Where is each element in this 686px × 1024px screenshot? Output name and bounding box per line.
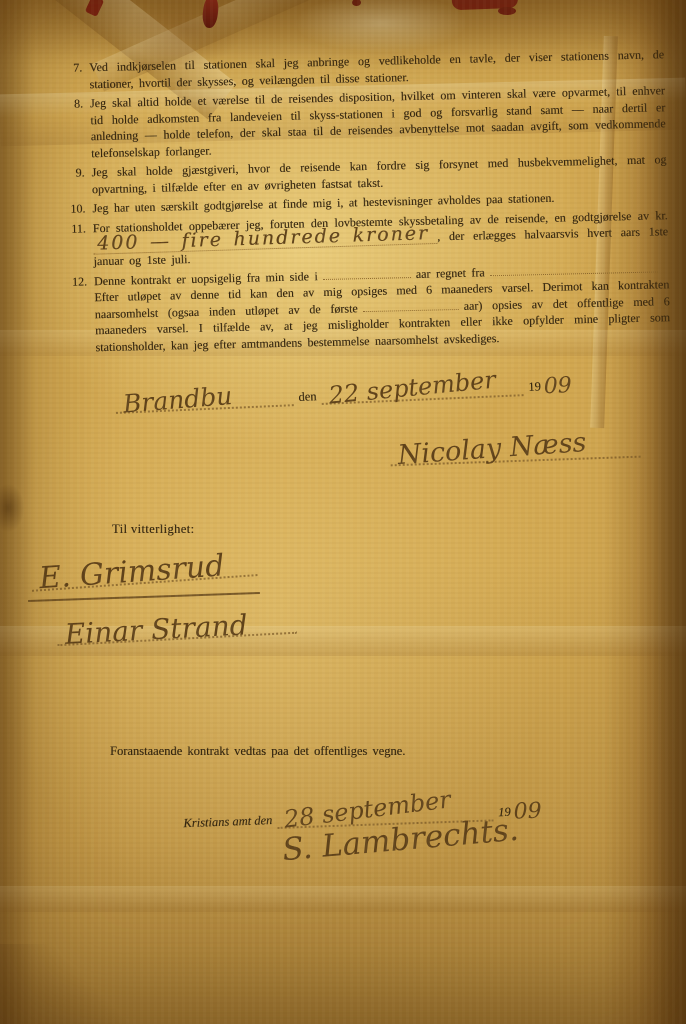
- clause-text-segment: aar regnet fra: [416, 265, 485, 281]
- wax-seal-mark: [85, 0, 104, 17]
- clause-12-paragraph: Efter utløpet av denne tid kan den av mi…: [94, 276, 670, 355]
- approval-statement: Foranstaaende kontrakt vedtas paa det of…: [110, 744, 550, 759]
- den-label: den: [293, 389, 322, 406]
- clause-number: 10.: [61, 200, 85, 217]
- handwritten-amount: 400 — fire hundrede kroner: [93, 227, 437, 255]
- clause-text: Denne kontrakt er uopsigelig fra min sid…: [94, 260, 671, 356]
- signature-date-row: Brandbu den 22 september 19 09: [115, 356, 664, 414]
- handwritten-year: 09: [543, 373, 572, 399]
- stationholder-signature-line: Nicolay Næss: [389, 420, 640, 467]
- contract-document-photo: 7. Ved indkjørselen til stationen skal j…: [0, 0, 686, 1024]
- clause-number: 8.: [59, 95, 84, 162]
- contract-clause-12: 12. Denne kontrakt er uopsigelig fra min…: [63, 260, 671, 356]
- clause-number: 7.: [58, 59, 83, 93]
- clause-text: Jeg skal altid holde et værelse til de r…: [90, 82, 666, 161]
- date-signature-line: 22 september: [320, 362, 523, 405]
- contract-clause-8: 8. Jeg skal altid holde et værelse til d…: [59, 82, 666, 162]
- wax-seal-mark: [498, 7, 516, 15]
- wax-seal-mark: [352, 0, 361, 6]
- clause-number: 9.: [60, 164, 85, 198]
- fill-in-blank: [323, 266, 411, 280]
- clause-number: 12.: [63, 273, 89, 356]
- wax-seal-mark: [201, 0, 219, 29]
- handwritten-place: Brandbu: [122, 381, 233, 418]
- stationholder-signature: Nicolay Næss: [397, 427, 588, 471]
- witness-signature-line: E. Grimsrud: [28, 524, 257, 592]
- contract-clause-list: 7. Ved indkjørselen til stationen skal j…: [58, 46, 671, 359]
- handwritten-date: 22 september: [327, 366, 497, 410]
- wax-seal-mark: [452, 0, 518, 10]
- paper-highlight: [296, 0, 466, 52]
- clause-number: 11.: [62, 220, 87, 271]
- clause-text: For stationsholdet oppebærer jeg, forute…: [93, 207, 669, 270]
- torn-edge: [0, 484, 24, 532]
- fill-in-blank: [489, 260, 657, 276]
- witness-signature-line: Einar Strand: [55, 584, 297, 646]
- witness-signature-2: Einar Strand: [64, 608, 248, 651]
- paper-corner-shadow: [0, 944, 140, 1024]
- fill-in-blank: [362, 297, 458, 311]
- paper-fold-horizontal: [0, 886, 686, 912]
- amt-place-label: Kristians amt den: [178, 813, 277, 832]
- place-signature-line: Brandbu: [115, 372, 294, 414]
